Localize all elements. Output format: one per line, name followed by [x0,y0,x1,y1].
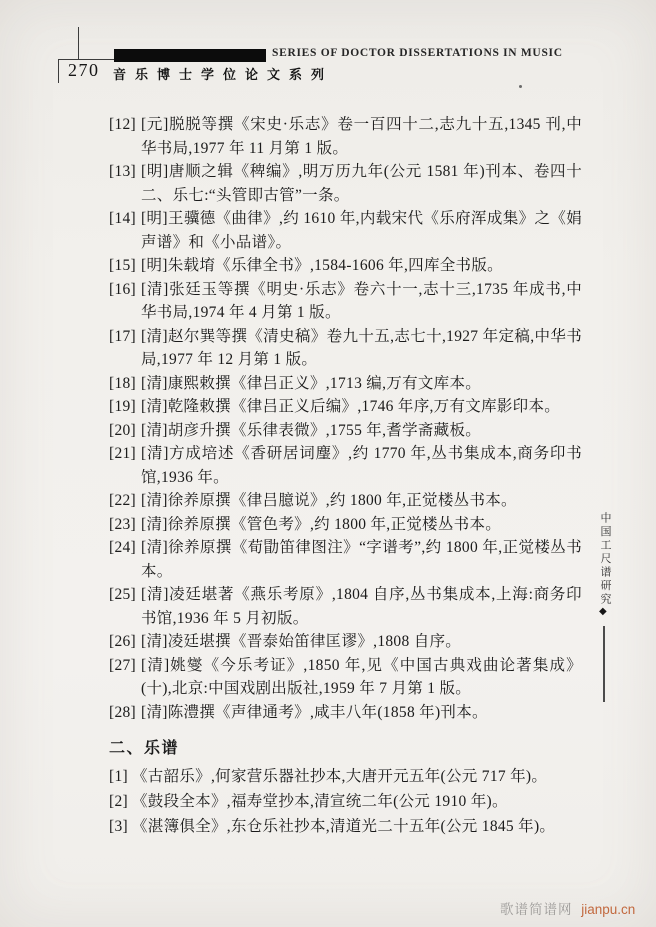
series-title-chinese: 音乐博士学位论文系列 [113,64,333,83]
reference-item: [24][清]徐养原撰《荀勖笛律图注》“字谱考”,约 1800 年,正觉楼丛书本… [109,536,582,583]
reference-item: [18][清]康熙敕撰《律吕正义》,1713 编,万有文库本。 [109,372,582,396]
page-number: 270 [68,60,100,81]
score-text: 《湛簿俱全》,东仓乐社抄本,清道光二十五年(公元 1845 年)。 [132,818,555,835]
reference-item: [26][清]凌廷堪撰《晋泰始笛律匡谬》,1808 自序。 [109,630,582,654]
score-item: [2]《鼓段全本》,福寿堂抄本,清宣统二年(公元 1910 年)。 [109,789,582,814]
reference-label: [27] [109,657,141,674]
watermark-site-url: jianpu.cn [581,902,635,917]
reference-item: [13][明]唐顺之辑《稗编》,明万历九年(公元 1581 年)刊本、卷四十二、… [109,160,582,207]
reference-item: [20][清]胡彦升撰《乐律表微》,1755 年,耆学斋藏板。 [109,419,582,443]
reference-label: [26] [109,633,141,650]
reference-text: [明]唐顺之辑《稗编》,明万历九年(公元 1581 年)刊本、卷四十二、乐七:“… [141,163,582,204]
reference-label: [23] [109,516,141,533]
reference-label: [12] [109,116,141,133]
section-heading-scores: 二、乐谱 [109,735,582,758]
reference-item: [21][清]方成培述《香研居词麈》,约 1770 年,丛书集成本,商务印书馆,… [109,442,582,489]
main-text-column: [12][元]脱脱等撰《宋史·乐志》卷一百四十二,志九十五,1345 刊,中华书… [109,113,582,839]
score-label: [1] [109,768,132,785]
reference-label: [28] [109,704,141,721]
reference-text: [清]方成培述《香研居词麈》,约 1770 年,丛书集成本,商务印书馆,1936… [141,445,582,486]
reference-label: [18] [109,375,141,392]
watermark: 歌谱简谱网 jianpu.cn [500,898,635,918]
reference-text: [清]徐养原撰《荀勖笛律图注》“字谱考”,约 1800 年,正觉楼丛书本。 [141,539,582,580]
reference-item: [28][清]陈澧撰《声律通考》,咸丰八年(1858 年)刊本。 [109,701,582,725]
reference-label: [25] [109,586,141,603]
reference-label: [20] [109,422,141,439]
score-item: [1]《古韶乐》,何家营乐器社抄本,大唐开元五年(公元 717 年)。 [109,764,582,789]
reference-item: [12][元]脱脱等撰《宋史·乐志》卷一百四十二,志九十五,1345 刊,中华书… [109,113,582,160]
scan-speck [519,85,522,88]
diamond-icon: ◆ [599,606,607,617]
series-title-english: SERIES OF DOCTOR DISSERTATIONS IN MUSIC [272,47,602,59]
reference-item: [17][清]赵尔巽等撰《清史稿》卷九十五,志七十,1927 年定稿,中华书局,… [109,325,582,372]
side-vertical-rule [603,626,605,702]
header-black-bar [114,49,266,62]
reference-text: [清]徐养原撰《律吕臆说》,约 1800 年,正觉楼丛书本。 [141,492,517,509]
reference-text: [明]朱载堉《乐律全书》,1584-1606 年,四库全书版。 [141,257,503,274]
reference-text: [清]凌廷堪撰《晋泰始笛律匡谬》,1808 自序。 [141,633,461,650]
reference-text: [清]张廷玉等撰《明史·乐志》卷六十一,志十三,1735 年成书,中华书局,19… [141,281,582,322]
reference-text: [清]乾隆敕撰《律吕正义后编》,1746 年序,万有文库影印本。 [141,398,560,415]
reference-label: [19] [109,398,141,415]
reference-list: [12][元]脱脱等撰《宋史·乐志》卷一百四十二,志九十五,1345 刊,中华书… [109,113,582,724]
reference-text: [清]陈澧撰《声律通考》,咸丰八年(1858 年)刊本。 [141,704,488,721]
reference-item: [19][清]乾隆敕撰《律吕正义后编》,1746 年序,万有文库影印本。 [109,395,582,419]
reference-text: [清]姚燮《今乐考证》,1850 年,见《中国古典戏曲论著集成》(十),北京:中… [141,657,582,698]
reference-label: [14] [109,210,141,227]
reference-label: [13] [109,163,141,180]
watermark-site-name: 歌谱简谱网 [500,902,573,917]
reference-text: [清]康熙敕撰《律吕正义》,1713 编,万有文库本。 [141,375,481,392]
reference-item: [27][清]姚燮《今乐考证》,1850 年,见《中国古典戏曲论著集成》(十),… [109,654,582,701]
reference-label: [21] [109,445,141,462]
reference-text: [清]胡彦升撰《乐律表微》,1755 年,耆学斋藏板。 [141,422,481,439]
reference-item: [23][清]徐养原撰《管色考》,约 1800 年,正觉楼丛书本。 [109,513,582,537]
reference-text: [元]脱脱等撰《宋史·乐志》卷一百四十二,志九十五,1345 刊,中华书局,19… [141,116,582,157]
reference-label: [22] [109,492,141,509]
reference-item: [15][明]朱载堉《乐律全书》,1584-1606 年,四库全书版。 [109,254,582,278]
score-item: [3]《湛簿俱全》,东仓乐社抄本,清道光二十五年(公元 1845 年)。 [109,814,582,839]
reference-text: [清]凌廷堪著《燕乐考原》,1804 自序,丛书集成本,上海:商务印书馆,193… [141,586,582,627]
score-label: [2] [109,793,132,810]
page-number-tick-rule [58,60,59,83]
reference-item: [14][明]王骥德《曲律》,约 1610 年,内载宋代《乐府浑成集》之《娟声谱… [109,207,582,254]
reference-label: [17] [109,328,141,345]
reference-text: [清]赵尔巽等撰《清史稿》卷九十五,志七十,1927 年定稿,中华书局,1977… [141,328,582,369]
reference-label: [24] [109,539,141,556]
reference-label: [16] [109,281,141,298]
reference-item: [22][清]徐养原撰《律吕臆说》,约 1800 年,正觉楼丛书本。 [109,489,582,513]
score-list: [1]《古韶乐》,何家营乐器社抄本,大唐开元五年(公元 717 年)。 [2]《… [109,764,582,839]
score-label: [3] [109,818,132,835]
reference-item: [25][清]凌廷堪著《燕乐考原》,1804 自序,丛书集成本,上海:商务印书馆… [109,583,582,630]
reference-label: [15] [109,257,141,274]
margin-vertical-rule [78,27,79,60]
reference-text: [明]王骥德《曲律》,约 1610 年,内载宋代《乐府浑成集》之《娟声谱》和《小… [141,210,582,251]
reference-item: [16][清]张廷玉等撰《明史·乐志》卷六十一,志十三,1735 年成书,中华书… [109,278,582,325]
reference-text: [清]徐养原撰《管色考》,约 1800 年,正觉楼丛书本。 [141,516,501,533]
scanned-book-page: 270 音乐博士学位论文系列 SERIES OF DOCTOR DISSERTA… [0,0,656,927]
score-text: 《古韶乐》,何家营乐器社抄本,大唐开元五年(公元 717 年)。 [132,768,547,785]
score-text: 《鼓段全本》,福寿堂抄本,清宣统二年(公元 1910 年)。 [132,793,508,810]
